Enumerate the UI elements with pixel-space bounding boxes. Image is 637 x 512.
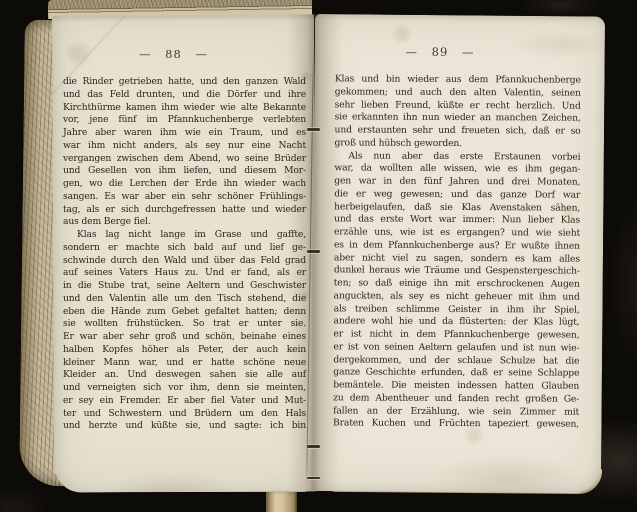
text-line: dergekommen, und der schlaue Schulze hat… [333, 354, 579, 368]
text-line: und Gesellen von ihm liefen, und diesem … [63, 165, 306, 178]
page-number-header-left: — 88 — [63, 47, 306, 61]
text-line: gen, wo die Lerchen der Erde ihn wieder … [63, 178, 306, 191]
text-line: bemäntele. Die meisten indessen hatten G… [333, 379, 579, 393]
text-line: sie erkannten ihn nun wieder an manchen … [335, 112, 581, 126]
text-line: Kirchthürme kamen ihm wieder wie alte Be… [63, 102, 306, 115]
text-line: er ist nicht in dem Pfannkuchenberge gew… [333, 328, 579, 342]
text-line: sehr lieben Freund, küßte er recht herzl… [335, 99, 581, 113]
text-line: und das erste Wort war immer: Nun lieber… [334, 214, 580, 228]
text-line: und das Feld drunten, und die Dörfer und… [63, 89, 306, 102]
text-line: halben Kopfes höher als Peter, der auch … [63, 344, 306, 357]
text-line: und verneigten sich vor ihm, denn sie me… [63, 382, 306, 395]
text-line: Kleider an. Und deswegen sahen sie alle … [63, 369, 306, 382]
book-scan: — 88 — die Rinder getrieben hatte, und d… [0, 0, 637, 512]
page-text-right: Klas und bin wieder aus dem Pfannkuchenb… [333, 73, 581, 431]
text-line: vergangen zwischen dem Abend, wo seine B… [63, 153, 306, 166]
text-line: und den Valentin alle um den Tisch stehe… [63, 293, 306, 306]
text-line: vor, jene fünf im Pfannkuchenberge verle… [63, 114, 306, 127]
text-line: groß und hübsch geworden. [334, 137, 580, 151]
text-line: war, da wollten alle wissen, wie es ihm … [334, 163, 580, 177]
text-line: ganze Geschichte erfunden, daß er seine … [333, 367, 579, 381]
text-line: war ihm nicht anders, als sey nur eine N… [63, 140, 306, 153]
text-line: Klas lag nicht lange im Grase und gaffte… [63, 229, 306, 242]
page-left-content: — 88 — die Rinder getrieben hatte, und d… [63, 47, 306, 433]
text-line: er ist von seinen Aeltern gelaufen und i… [333, 341, 579, 355]
text-line: herbeigelaufen, daß sie Klas Avenstaken … [334, 201, 580, 215]
text-line: gen war in den fünf Jahren und drei Mona… [334, 175, 580, 189]
page-number-header-right: — 89 — [335, 44, 581, 59]
text-line: erzähle uns, wie ist es ergangen? und wi… [334, 226, 580, 240]
text-line: eben die Hände zum Gebet gefaltet hatten… [63, 306, 306, 319]
text-line: sondern er machte sich bald auf und lief… [63, 242, 306, 255]
text-line: aber nicht viel zu sagen, sondern es kam… [334, 252, 580, 266]
text-line: es in dem Pfannkuchenberge aus? Er wußte… [334, 239, 580, 253]
text-line: Als nun aber das erste Erstaunen vorbei [334, 150, 580, 164]
text-line: er sey ein Fremder. Er aber fiel Vater u… [63, 395, 306, 408]
text-line: Jahre aber waren ihm wie ein Traum, und … [63, 127, 306, 140]
text-line: Braten Kuchen und Früchten tapeziert gew… [333, 418, 579, 432]
text-line: dunkel heraus wie Träume und Gespensterg… [334, 265, 580, 279]
text-line: Er war aber sehr groß und schön, beinahe… [63, 331, 306, 344]
page-text-left: die Rinder getrieben hatte, und den ganz… [63, 76, 306, 433]
page-right-content: — 89 — Klas und bin wieder aus dem Pfann… [333, 44, 581, 431]
text-line: sangen. Es war aber ein sehr schöner Frü… [63, 191, 306, 204]
text-line: aus dem Berge fiel. [63, 216, 306, 229]
text-line: gekommen; und auch den alten Valentin, s… [335, 86, 581, 100]
text-line: als treiben schlimme Geister in ihm ihr … [334, 303, 580, 317]
text-line: ter und Schwestern und Brüdern um den Ha… [63, 408, 306, 421]
text-line: anguckten, als sey es nicht geheuer mit … [334, 290, 580, 304]
text-line: kleiner Mann war, und er hatte schöne ne… [63, 357, 306, 370]
text-line: zu dem Abentheuer und fanden recht große… [333, 392, 579, 406]
text-line: auf seines Vaters Haus zu. Und er fand, … [63, 267, 306, 280]
text-line: sie wollten frühstücken. So trat er unte… [63, 318, 306, 331]
text-line: und erstaunten sehr und freueten sich, d… [335, 124, 581, 138]
text-line: in die Stube trat, seine Aeltern und Ges… [63, 280, 306, 293]
text-line: ten; so daß einige ihn mit erschrockenen… [334, 277, 580, 291]
text-line: und herzte und küßte sie, und sagte: ich… [63, 420, 306, 433]
text-line: schwinde durch den Wald und über das Fel… [63, 255, 306, 268]
text-line: die Rinder getrieben hatte, und den ganz… [63, 76, 306, 89]
text-line: tag, als er sich durchgefressen hatte un… [63, 204, 306, 217]
text-line: fallen an der Erzählung, wie sein Zimmer… [333, 405, 579, 419]
text-line: andere wohl hie und da flüsterten: der K… [334, 316, 580, 330]
text-line: die er weg gewesen; und das ganze Dorf w… [334, 188, 580, 202]
text-line: Klas und bin wieder aus dem Pfannkuchenb… [335, 73, 581, 87]
